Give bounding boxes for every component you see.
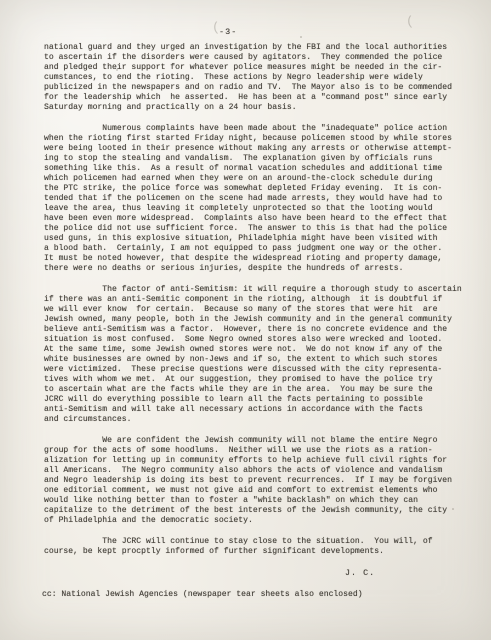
paragraph: The JCRC will continue to stay close to … (44, 537, 467, 557)
page-number: -3- (219, 27, 237, 37)
scan-speck (300, 36, 302, 38)
scan-artifact-mark: ( (405, 14, 414, 30)
paragraph: national guard and they urged an investi… (44, 43, 467, 113)
paragraph: We are confident the Jewish community wi… (44, 436, 467, 526)
letter-body: national guard and they urged an investi… (44, 43, 467, 600)
signature-initials: J. C. (345, 568, 467, 578)
document-page: ( ( -3- national guard and they urged an… (0, 0, 491, 640)
paragraph: Numerous complaints have been made about… (44, 124, 467, 274)
paragraph: The factor of anti-Semitism: it will req… (44, 285, 467, 425)
cc-line: cc: National Jewish Agencies (newspaper … (42, 590, 467, 600)
